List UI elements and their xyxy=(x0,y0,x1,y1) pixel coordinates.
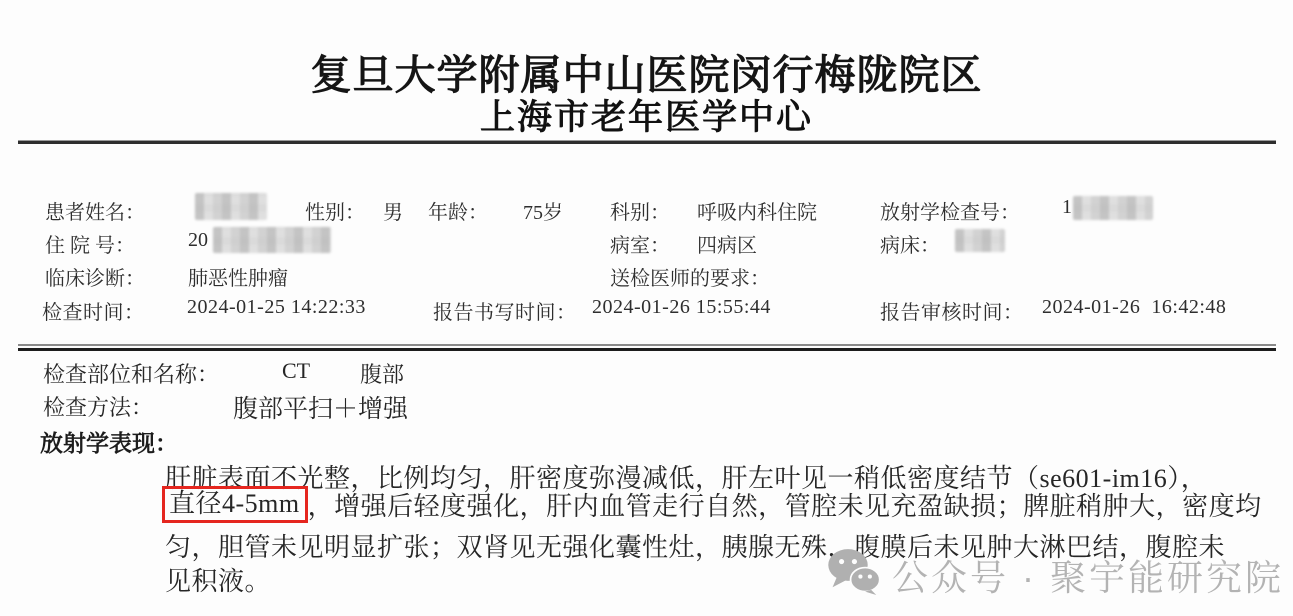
report-review-time-label: 报告审核时间： xyxy=(880,296,1024,325)
exam-modality-value: CT xyxy=(282,358,310,384)
watermark-text: 公众号 · 聚宇能研究院 xyxy=(892,550,1284,601)
report-page: 复旦大学附属中山医院闵行梅陇院区 上海市老年医学中心 患者姓名： 性别： 男 年… xyxy=(0,0,1293,616)
ward-label: 病室： xyxy=(610,229,670,258)
findings-line-4: 见积液。 xyxy=(165,561,271,598)
patient-name-label: 患者姓名： xyxy=(45,196,145,225)
gender-label: 性别： xyxy=(305,196,365,225)
ward-value: 四病区 xyxy=(697,229,757,258)
medical-center-name: 上海市老年医学中心 xyxy=(0,90,1293,140)
admission-no-prefix: 20 xyxy=(188,229,208,252)
exam-part-value: 腹部 xyxy=(360,358,404,389)
exam-part-label: 检查部位和名称： xyxy=(43,358,219,389)
redacted-bed-no xyxy=(955,229,1005,252)
redacted-admission-no xyxy=(213,227,331,253)
exam-method-value: 腹部平扫＋增强 xyxy=(233,389,408,425)
findings-line-2: 直径4-5mm，增强后轻度强化，肝内血管走行自然，管腔未见充盈缺损；脾脏稍肿大，… xyxy=(162,486,1262,523)
findings-section-label: 放射学表现： xyxy=(40,425,178,458)
diagnosis-label: 临床诊断： xyxy=(45,262,145,291)
radiology-no-prefix: 1 xyxy=(1062,196,1072,219)
highlighted-measurement: 直径4-5mm xyxy=(162,486,308,522)
exam-time-label: 检查时间： xyxy=(42,296,145,325)
exam-method-label: 检查方法： xyxy=(43,391,153,422)
redacted-patient-name xyxy=(195,193,267,220)
redacted-radiology-no xyxy=(1073,196,1153,220)
department-label: 科别： xyxy=(610,196,670,225)
diagnosis-value: 肺恶性肿瘤 xyxy=(188,262,288,291)
age-label: 年龄： xyxy=(428,196,488,225)
report-review-time-value: 2024-01-26 16:42:48 xyxy=(1042,296,1226,319)
report-write-time-value: 2024-01-26 15:55:44 xyxy=(592,296,771,319)
wechat-icon xyxy=(826,547,882,595)
physician-request-label: 送检医师的要求： xyxy=(610,262,770,291)
divider-top xyxy=(18,140,1276,144)
gender-value: 男 xyxy=(383,196,403,225)
department-value: 呼吸内科住院 xyxy=(697,196,817,225)
bed-label: 病床： xyxy=(880,229,940,258)
age-value: 75岁 xyxy=(523,196,563,225)
exam-time-value: 2024-01-25 14:22:33 xyxy=(187,296,366,319)
divider-middle xyxy=(18,344,1276,351)
report-write-time-label: 报告书写时间： xyxy=(433,296,577,325)
admission-no-label: 住 院 号： xyxy=(45,229,135,258)
findings-line-2-rest: ，增强后轻度强化，肝内血管走行自然，管腔未见充盈缺损；脾脏稍肿大，密度均 xyxy=(308,486,1262,523)
radiology-no-label: 放射学检查号： xyxy=(880,196,1020,225)
